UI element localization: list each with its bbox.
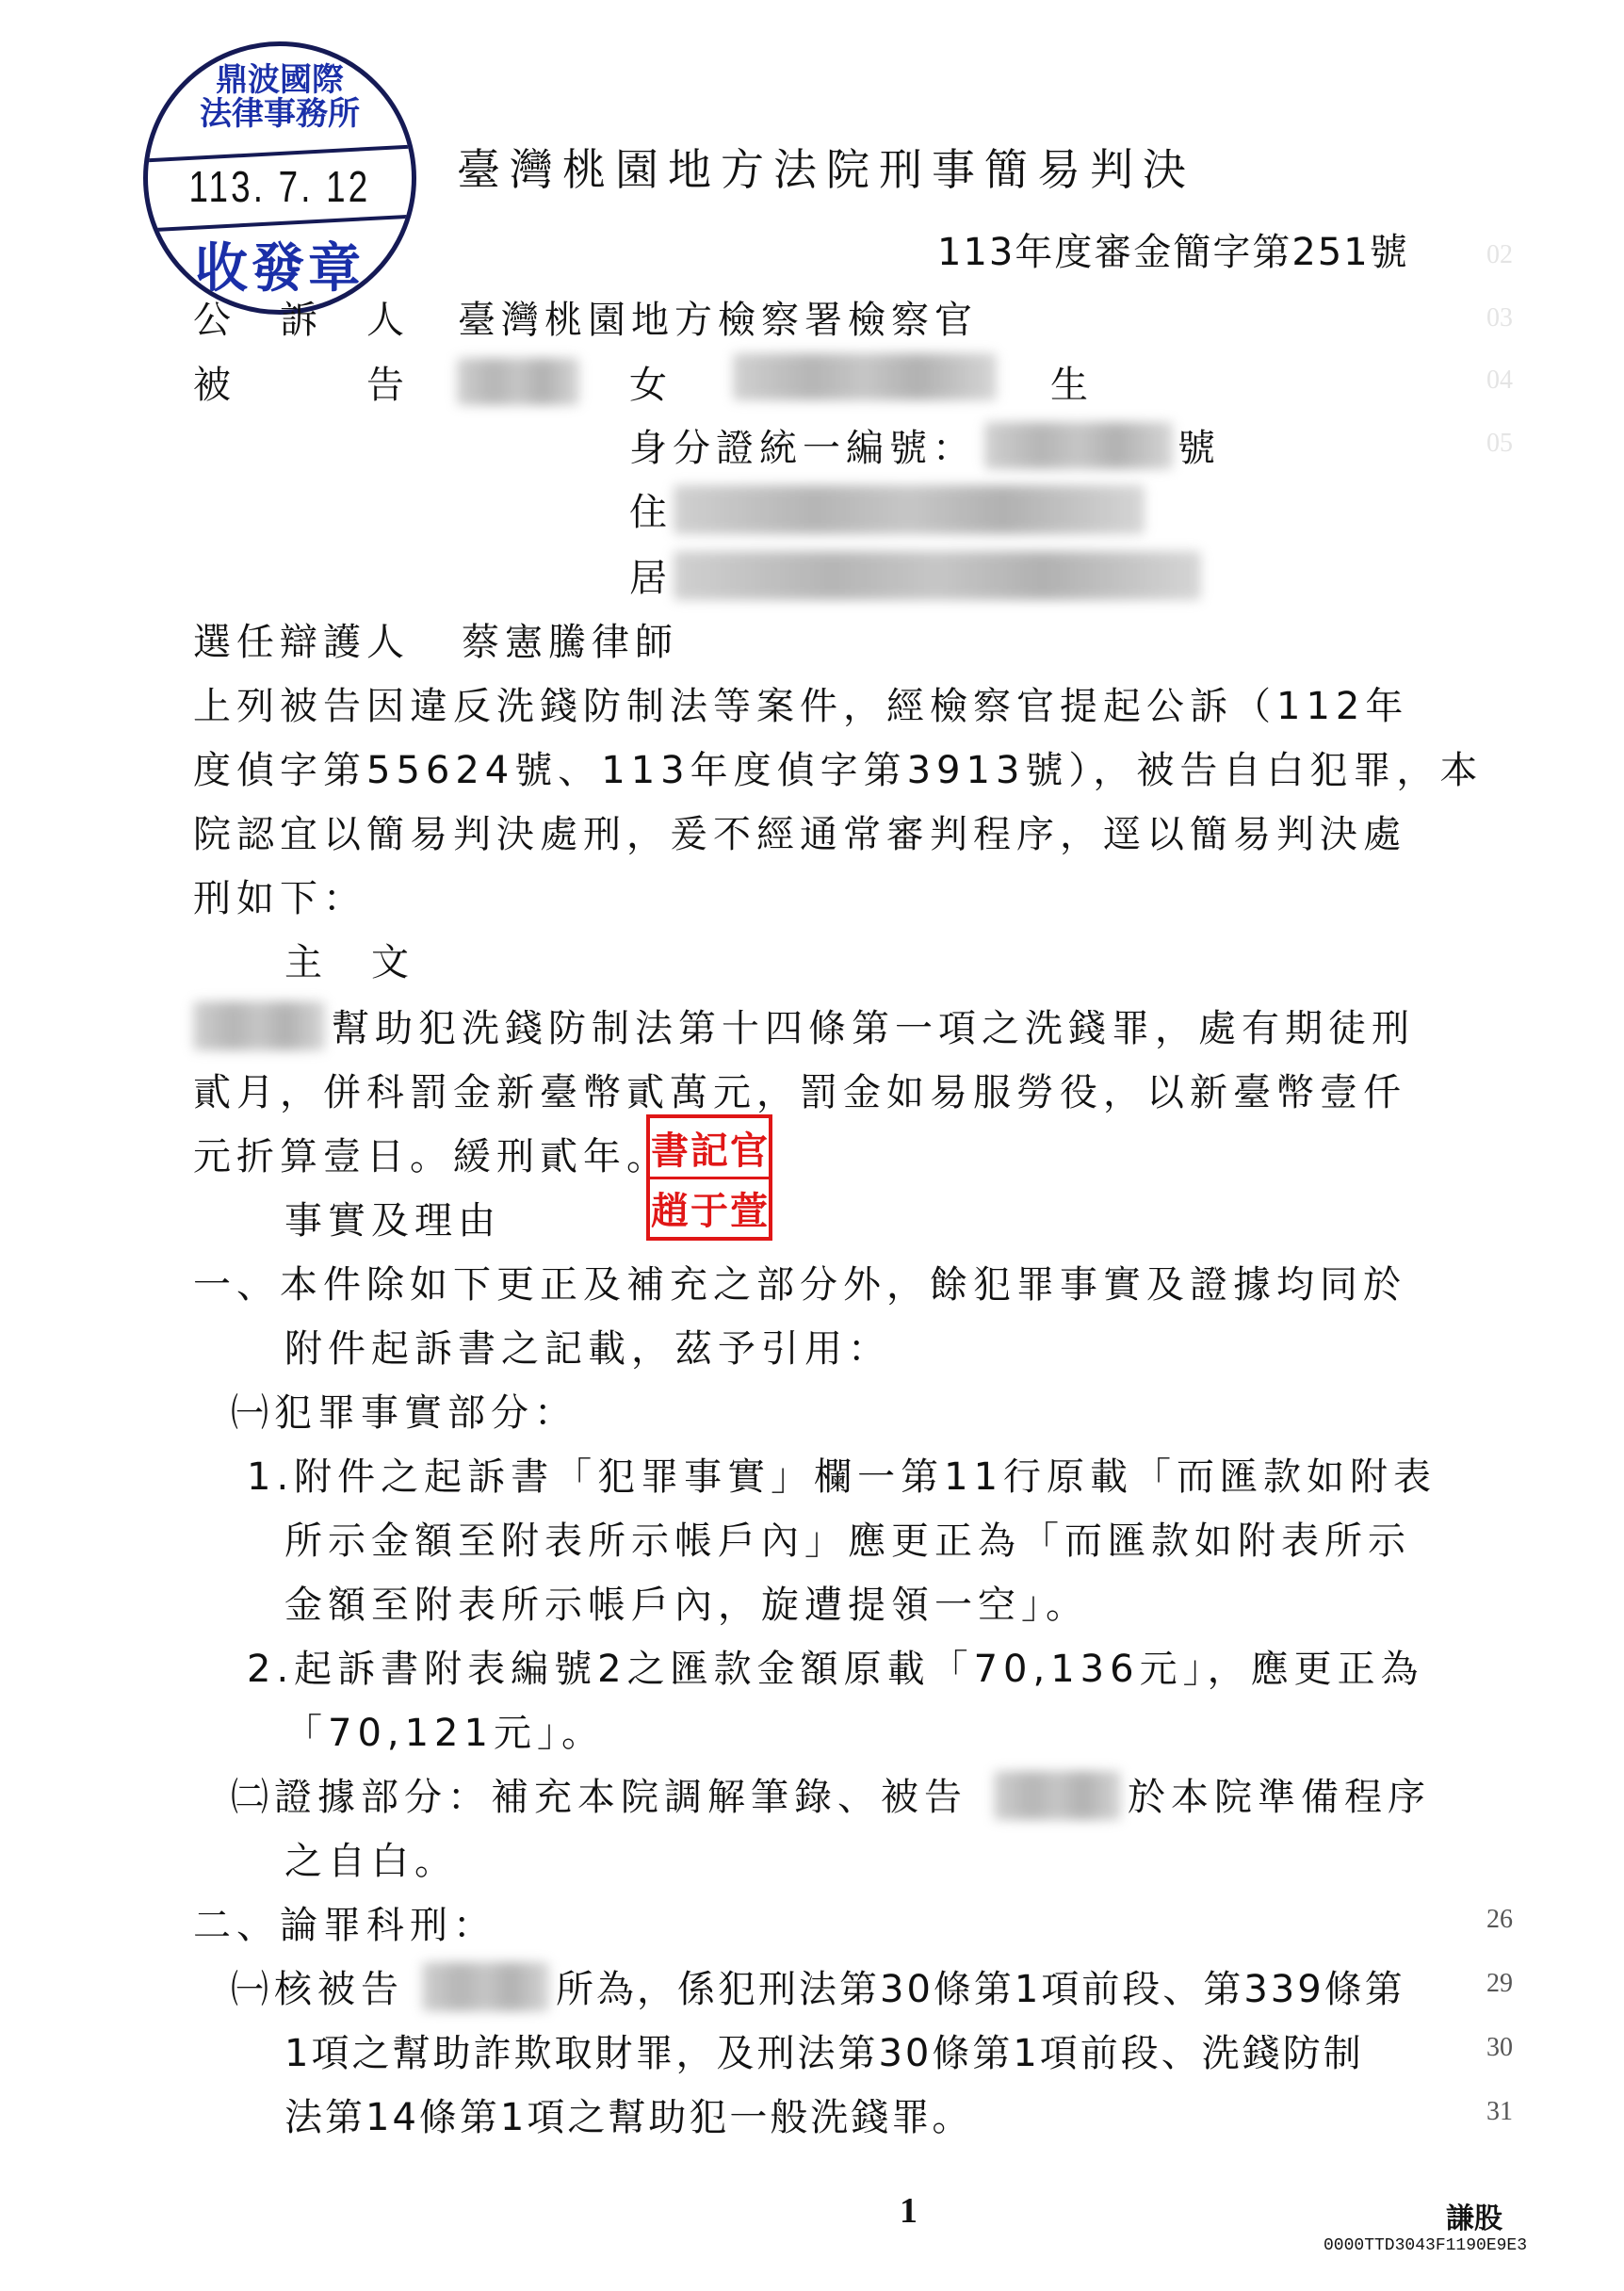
section1-line: 附件起訴書之記載，茲予引用：	[284, 1326, 891, 1372]
receipt-stamp: 鼎波國際 法律事務所 113. 7. 12 收發章	[143, 41, 416, 315]
intro-line: 院認宜以簡易判決處刑，爰不經通常審判程序，逕以簡易判決處	[193, 812, 1406, 857]
redacted-id-number	[984, 422, 1173, 469]
section2-heading: 二、論罪科刑：	[193, 1903, 496, 1948]
item1-line: 1.附件之起訴書「犯罪事實」欄一第11行原載「而匯款如附表	[247, 1454, 1437, 1500]
redacted-birthdate	[733, 353, 997, 400]
prosecutor-value: 臺灣桃園地方檢察署檢察官	[458, 298, 978, 343]
seal-char: 萱	[730, 1181, 768, 1235]
s2-sub1-line: 法第14條第1項之幫助犯一般洗錢罪。	[284, 2095, 972, 2140]
margin-line-number: 05	[1486, 429, 1513, 459]
residence-label: 住	[629, 490, 673, 535]
seal-char: 官	[730, 1121, 768, 1175]
document-code: 0000TTD3043F1190E9E3	[1324, 2236, 1527, 2255]
page-number: 1	[900, 2190, 918, 2232]
stamp-label: 收發章	[148, 227, 412, 302]
margin-line-number: 04	[1486, 366, 1513, 396]
margin-line-number: 03	[1486, 303, 1513, 333]
redacted-dwelling	[674, 551, 1201, 600]
margin-line-number: 29	[1486, 1969, 1513, 1999]
id-number-label: 身分證統一編號：	[629, 426, 976, 471]
counsel-label: 選任辯護人	[193, 620, 410, 665]
birth-suffix: 生	[1050, 363, 1094, 408]
redacted-residence	[674, 485, 1145, 534]
stamp-date: 113. 7. 12	[174, 161, 385, 212]
clerk-seal: 書 記 官 趙 于 萱	[646, 1114, 772, 1241]
document-title: 臺灣桃園地方法院刑事簡易判決	[457, 147, 1195, 192]
seal-row-name: 趙 于 萱	[650, 1178, 769, 1237]
main-text-heading: 主 文	[284, 940, 414, 985]
redacted-defendant-name	[193, 1001, 325, 1050]
seal-row-title: 書 記 官	[650, 1118, 769, 1179]
department-label: 謙股	[1446, 2195, 1502, 2236]
redacted-defendant-name	[457, 358, 579, 405]
intro-line: 度偵字第55624號、113年度偵字第3913號），被告自白犯罪，本	[193, 748, 1483, 793]
sub2-line: 之自白。	[284, 1839, 458, 1884]
dwelling-label: 居	[629, 556, 673, 601]
main-text-line: 元折算壹日。緩刑貳年。	[193, 1134, 670, 1179]
margin-line-number: 31	[1486, 2097, 1513, 2127]
s2-sub1-line: ㈠核被告	[231, 1967, 404, 2012]
sub1-heading: ㈠犯罪事實部分：	[231, 1390, 577, 1436]
defendant-label: 被 告	[193, 363, 410, 408]
s2-sub1-line: 所為，係犯刑法第30條第1項前段、第339條第	[556, 1967, 1405, 2012]
defendant-gender: 女	[629, 363, 673, 408]
redacted-defendant-name	[994, 1771, 1121, 1820]
main-text-line: 幫助犯洗錢防制法第十四條第一項之洗錢罪，處有期徒刑	[332, 1006, 1415, 1051]
id-number-suffix: 號	[1177, 426, 1221, 471]
stamp-firm-name: 鼎波國際 法律事務所	[148, 63, 412, 131]
stamp-firm-line2: 法律事務所	[148, 97, 412, 131]
item1-line: 所示金額至附表所示帳戶內」應更正為「而匯款如附表所示	[284, 1519, 1411, 1564]
redacted-defendant-name	[422, 1962, 549, 2011]
item2-line: 「70,121元」。	[284, 1711, 605, 1756]
main-text-line: 貳月，併科罰金新臺幣貳萬元，罰金如易服勞役，以新臺幣壹仟	[193, 1070, 1406, 1115]
reasons-heading: 事實及理由	[284, 1198, 501, 1243]
intro-line: 刑如下：	[193, 876, 366, 921]
margin-line-number: 26	[1486, 1905, 1513, 1935]
seal-char: 于	[690, 1181, 728, 1235]
sub2-line: 於本院準備程序	[1128, 1775, 1431, 1820]
margin-line-number: 30	[1486, 2033, 1513, 2063]
section1-line: 一、本件除如下更正及補充之部分外，餘犯罪事實及證據均同於	[193, 1262, 1406, 1308]
sub2-line: ㈡證據部分：補充本院調解筆錄、被告	[231, 1775, 967, 1820]
stamp-firm-line1: 鼎波國際	[148, 63, 412, 97]
item2-line: 2.起訴書附表編號2之匯款金額原載「70,136元」，應更正為	[247, 1647, 1424, 1692]
seal-char: 趙	[651, 1181, 689, 1235]
prosecutor-label: 公 訴 人	[193, 298, 410, 343]
margin-line-number: 02	[1486, 240, 1513, 270]
intro-line: 上列被告因違反洗錢防制法等案件，經檢察官提起公訴（112年	[193, 684, 1408, 729]
counsel-value: 蔡憲騰律師	[462, 620, 678, 665]
case-number: 113年度審金簡字第251號	[937, 230, 1409, 275]
seal-char: 書	[651, 1121, 689, 1175]
s2-sub1-line: 1項之幫助詐欺取財罪，及刑法第30條第1項前段、洗錢防制	[284, 2031, 1364, 2076]
seal-char: 記	[690, 1121, 728, 1175]
item1-line: 金額至附表所示帳戶內，旋遭提領一空」。	[284, 1583, 1089, 1628]
